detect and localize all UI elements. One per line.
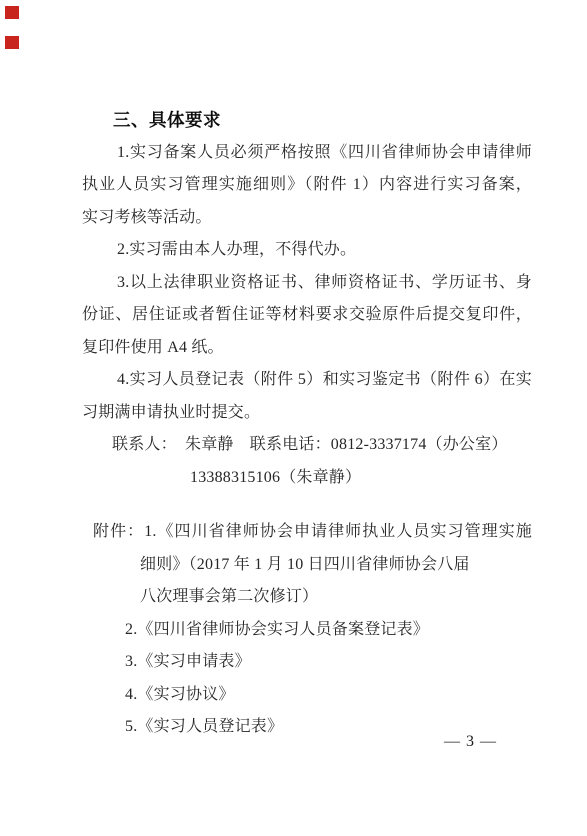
paragraph-3-line-2: 份证、居住证或者暂住证等材料要求交验原件后提交复印件， xyxy=(82,299,532,332)
page-number: — 3 — xyxy=(0,733,587,751)
contact-phone-2: 13388315106（朱章静） xyxy=(82,462,532,495)
document-body: 三、具体要求 1.实习备案人员必须严格按照《四川省律师协会申请律师 执业人员实习… xyxy=(82,104,532,744)
paragraph-1-line-1: 1.实习备案人员必须严格按照《四川省律师协会申请律师 xyxy=(82,137,532,170)
red-scan-mark xyxy=(5,6,19,19)
attachment-1-continuation: 八次理事会第二次修订） xyxy=(82,581,532,614)
attachment-1-continuation: 细则》（2017 年 1 月 10 日四川省律师协会八届 xyxy=(82,549,532,582)
paragraph-4-line-1: 4.实习人员登记表（附件 5）和实习鉴定书（附件 6）在实 xyxy=(82,364,532,397)
attachment-item: 3.《实习申请表》 xyxy=(82,646,532,679)
attachment-item: 4.《实习协议》 xyxy=(82,679,532,712)
paragraph-1-line-3: 实习考核等活动。 xyxy=(82,202,532,235)
paragraph-4-line-2: 习期满申请执业时提交。 xyxy=(82,397,532,430)
attachment-item: 2.《四川省律师协会实习人员备案登记表》 xyxy=(82,614,532,647)
paragraph-1-line-2: 执业人员实习管理实施细则》（附件 1）内容进行实习备案， xyxy=(82,169,532,202)
document-page: 三、具体要求 1.实习备案人员必须严格按照《四川省律师协会申请律师 执业人员实习… xyxy=(0,0,587,836)
attachments-label-line: 附件：1.《四川省律师协会申请律师执业人员实习管理实施 xyxy=(82,516,532,549)
paragraph-2-line-1: 2.实习需由本人办理，不得代办。 xyxy=(82,234,532,267)
paragraph-3-line-3: 复印件使用 A4 纸。 xyxy=(82,332,532,365)
red-scan-mark xyxy=(5,36,19,49)
contact-line: 联系人： 朱章静 联系电话：0812-3337174（办公室） xyxy=(82,429,532,462)
paragraph-3-line-1: 3.以上法律职业资格证书、律师资格证书、学历证书、身 xyxy=(82,267,532,300)
section-heading: 三、具体要求 xyxy=(82,104,532,137)
